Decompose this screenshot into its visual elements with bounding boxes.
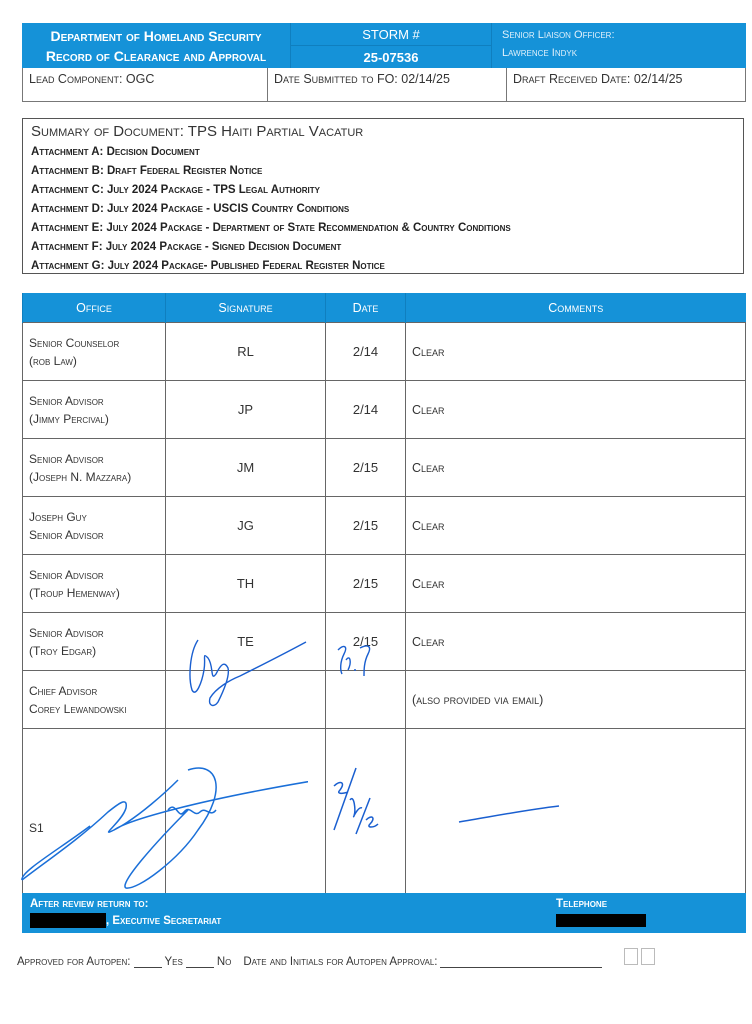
autopen-no-blank[interactable] (186, 955, 214, 968)
return-to-suffix: , Executive Secretariat (106, 915, 221, 927)
date-value: 2/14 (353, 344, 378, 359)
signature-cell (166, 671, 326, 729)
table-row: Joseph Guy Senior Advisor JG 2/15 Clear (23, 497, 746, 555)
signature-initials: RL (237, 344, 254, 359)
comment-cell: Clear (406, 381, 746, 439)
checkbox[interactable] (624, 948, 638, 965)
office-line2: Corey Lewandowski (29, 700, 159, 718)
storm-label: STORM # (291, 23, 491, 45)
autopen-yes-label: Yes (165, 956, 183, 968)
date-cell: 2/14 (326, 381, 406, 439)
date-cell: 2/15 (326, 439, 406, 497)
office-line1: Senior Advisor (29, 566, 159, 584)
date-cell: 2/15 (326, 613, 406, 671)
office-line2: (Troy Edgar) (29, 642, 159, 660)
signature-cell: RL (166, 323, 326, 381)
record-title: Record of Clearance and Approval (46, 46, 266, 66)
attachment-item: Attachment G: July 2024 Package- Publish… (31, 257, 735, 276)
telephone-cell: Telephone (548, 893, 746, 933)
date-cell: 2/14 (326, 323, 406, 381)
document-summary: Summary of Document: TPS Haiti Partial V… (22, 118, 744, 274)
checkbox-group (621, 948, 655, 968)
table-row: Senior Advisor (Troup Hemenway) TH 2/15 … (23, 555, 746, 613)
signature-initials: TE (237, 634, 254, 649)
comment-text: (also provided via email) (412, 693, 543, 707)
autopen-label: Approved for Autopen: (17, 956, 131, 968)
table-row: Senior Advisor (Troy Edgar) TE 2/15 Clea… (23, 613, 746, 671)
column-header-date: Date (326, 293, 406, 323)
table-row: Senior Advisor (Joseph N. Mazzara) JM 2/… (23, 439, 746, 497)
signature-initials: JM (237, 460, 254, 475)
date-value: 2/14 (353, 402, 378, 417)
office-line2: (Troup Hemenway) (29, 584, 159, 602)
office-line2: (Jimmy Percival) (29, 410, 159, 428)
column-header-office: Office (23, 293, 166, 323)
signature-initials: JG (237, 518, 254, 533)
date-submitted: Date Submitted to FO: 02/14/25 (267, 68, 506, 101)
column-header-comments: Comments (406, 293, 746, 323)
draft-received: Draft Received Date: 02/14/25 (506, 68, 745, 101)
header-banner: Department of Homeland Security Record o… (22, 23, 746, 68)
office-line2: (rob Law) (29, 352, 159, 370)
attachment-item: Attachment C: July 2024 Package - TPS Le… (31, 181, 735, 200)
attachment-item: Attachment F: July 2024 Package - Signed… (31, 238, 735, 257)
comment-text: Clear (412, 403, 445, 417)
office-line1: Senior Advisor (29, 450, 159, 468)
signature-cell: JM (166, 439, 326, 497)
office-cell: Senior Counselor (rob Law) (23, 323, 166, 381)
office-line1: Senior Advisor (29, 624, 159, 642)
comment-text: Clear (412, 461, 445, 475)
signature-initials: TH (237, 576, 254, 591)
attachment-item: Attachment E: July 2024 Package - Depart… (31, 219, 735, 238)
table-row: Chief Advisor Corey Lewandowski (also pr… (23, 671, 746, 729)
date-cell (326, 671, 406, 729)
table-row: Senior Advisor (Jimmy Percival) JP 2/14 … (23, 381, 746, 439)
return-to-line: , Executive Secretariat (30, 913, 540, 930)
office-line2: (Joseph N. Mazzara) (29, 468, 159, 486)
table-row: Senior Counselor (rob Law) RL 2/14 Clear (23, 323, 746, 381)
checkbox[interactable] (641, 948, 655, 965)
date-value: 2/15 (353, 576, 378, 591)
return-to-cell: After review return to: , Executive Secr… (22, 893, 548, 933)
date-cell: 2/15 (326, 555, 406, 613)
header-block: Department of Homeland Security Record o… (22, 23, 746, 103)
signature-cell: TE (166, 613, 326, 671)
return-footer: After review return to: , Executive Secr… (22, 893, 746, 933)
office-cell: Senior Advisor (Joseph N. Mazzara) (23, 439, 166, 497)
lead-component: Lead Component: OGC (23, 68, 267, 101)
date-cell: 2/15 (326, 497, 406, 555)
autopen-date-initials-field[interactable] (440, 955, 602, 968)
office-cell: Senior Advisor (Jimmy Percival) (23, 381, 166, 439)
attachment-item: Attachment B: Draft Federal Register Not… (31, 162, 735, 181)
storm-cell: STORM # 25-07536 (290, 23, 491, 68)
header-title-cell: Department of Homeland Security Record o… (22, 23, 290, 68)
office-line1: Senior Counselor (29, 334, 159, 352)
comment-cell: Clear (406, 323, 746, 381)
comment-text: Clear (412, 519, 445, 533)
clearance-table: Office Signature Date Comments Senior Co… (22, 293, 746, 927)
attachment-item: Attachment D: July 2024 Package - USCIS … (31, 200, 735, 219)
column-header-signature: Signature (166, 293, 326, 323)
liaison-label: Senior Liaison Officer: (502, 26, 746, 44)
signature-initials: JP (238, 402, 253, 417)
comment-cell: Clear (406, 497, 746, 555)
redaction-bar (30, 913, 106, 928)
comment-text: Clear (412, 577, 445, 591)
comment-text: Clear (412, 345, 445, 359)
redaction-bar (556, 914, 646, 927)
office-line1: Joseph Guy (29, 508, 159, 526)
comment-cell: Clear (406, 439, 746, 497)
comment-cell: (also provided via email) (406, 671, 746, 729)
liaison-cell: Senior Liaison Officer: Lawrence Indyk (491, 23, 746, 68)
office-cell: Chief Advisor Corey Lewandowski (23, 671, 166, 729)
summary-title: Summary of Document: TPS Haiti Partial V… (31, 121, 735, 143)
comment-cell: Clear (406, 613, 746, 671)
attachment-item: Attachment A: Decision Document (31, 143, 735, 162)
comment-cell: Clear (406, 555, 746, 613)
storm-number: 25-07536 (291, 45, 491, 68)
signature-cell: JG (166, 497, 326, 555)
office-cell: Senior Advisor (Troup Hemenway) (23, 555, 166, 613)
header-info-row: Lead Component: OGC Date Submitted to FO… (22, 68, 746, 102)
office-cell: Joseph Guy Senior Advisor (23, 497, 166, 555)
return-label: After review return to: (30, 896, 540, 913)
date-value: 2/15 (353, 518, 378, 533)
office-cell: Senior Advisor (Troy Edgar) (23, 613, 166, 671)
telephone-label: Telephone (556, 896, 738, 913)
autopen-date-initials-label: Date and Initials for Autopen Approval: (243, 956, 437, 968)
autopen-approval-line: Approved for Autopen: Yes No Date and In… (17, 948, 737, 968)
office-line1: Chief Advisor (29, 682, 159, 700)
table-header-row: Office Signature Date Comments (23, 293, 746, 323)
office-line1: S1 (29, 819, 159, 837)
office-line1: Senior Advisor (29, 392, 159, 410)
autopen-no-label: No (217, 956, 232, 968)
signature-cell: JP (166, 381, 326, 439)
comment-text: Clear (412, 635, 445, 649)
signature-cell: TH (166, 555, 326, 613)
autopen-yes-blank[interactable] (134, 955, 162, 968)
date-value: 2/15 (353, 634, 378, 649)
liaison-name: Lawrence Indyk (502, 44, 746, 62)
department-name: Department of Homeland Security (50, 26, 261, 46)
date-value: 2/15 (353, 460, 378, 475)
office-line2: Senior Advisor (29, 526, 159, 544)
